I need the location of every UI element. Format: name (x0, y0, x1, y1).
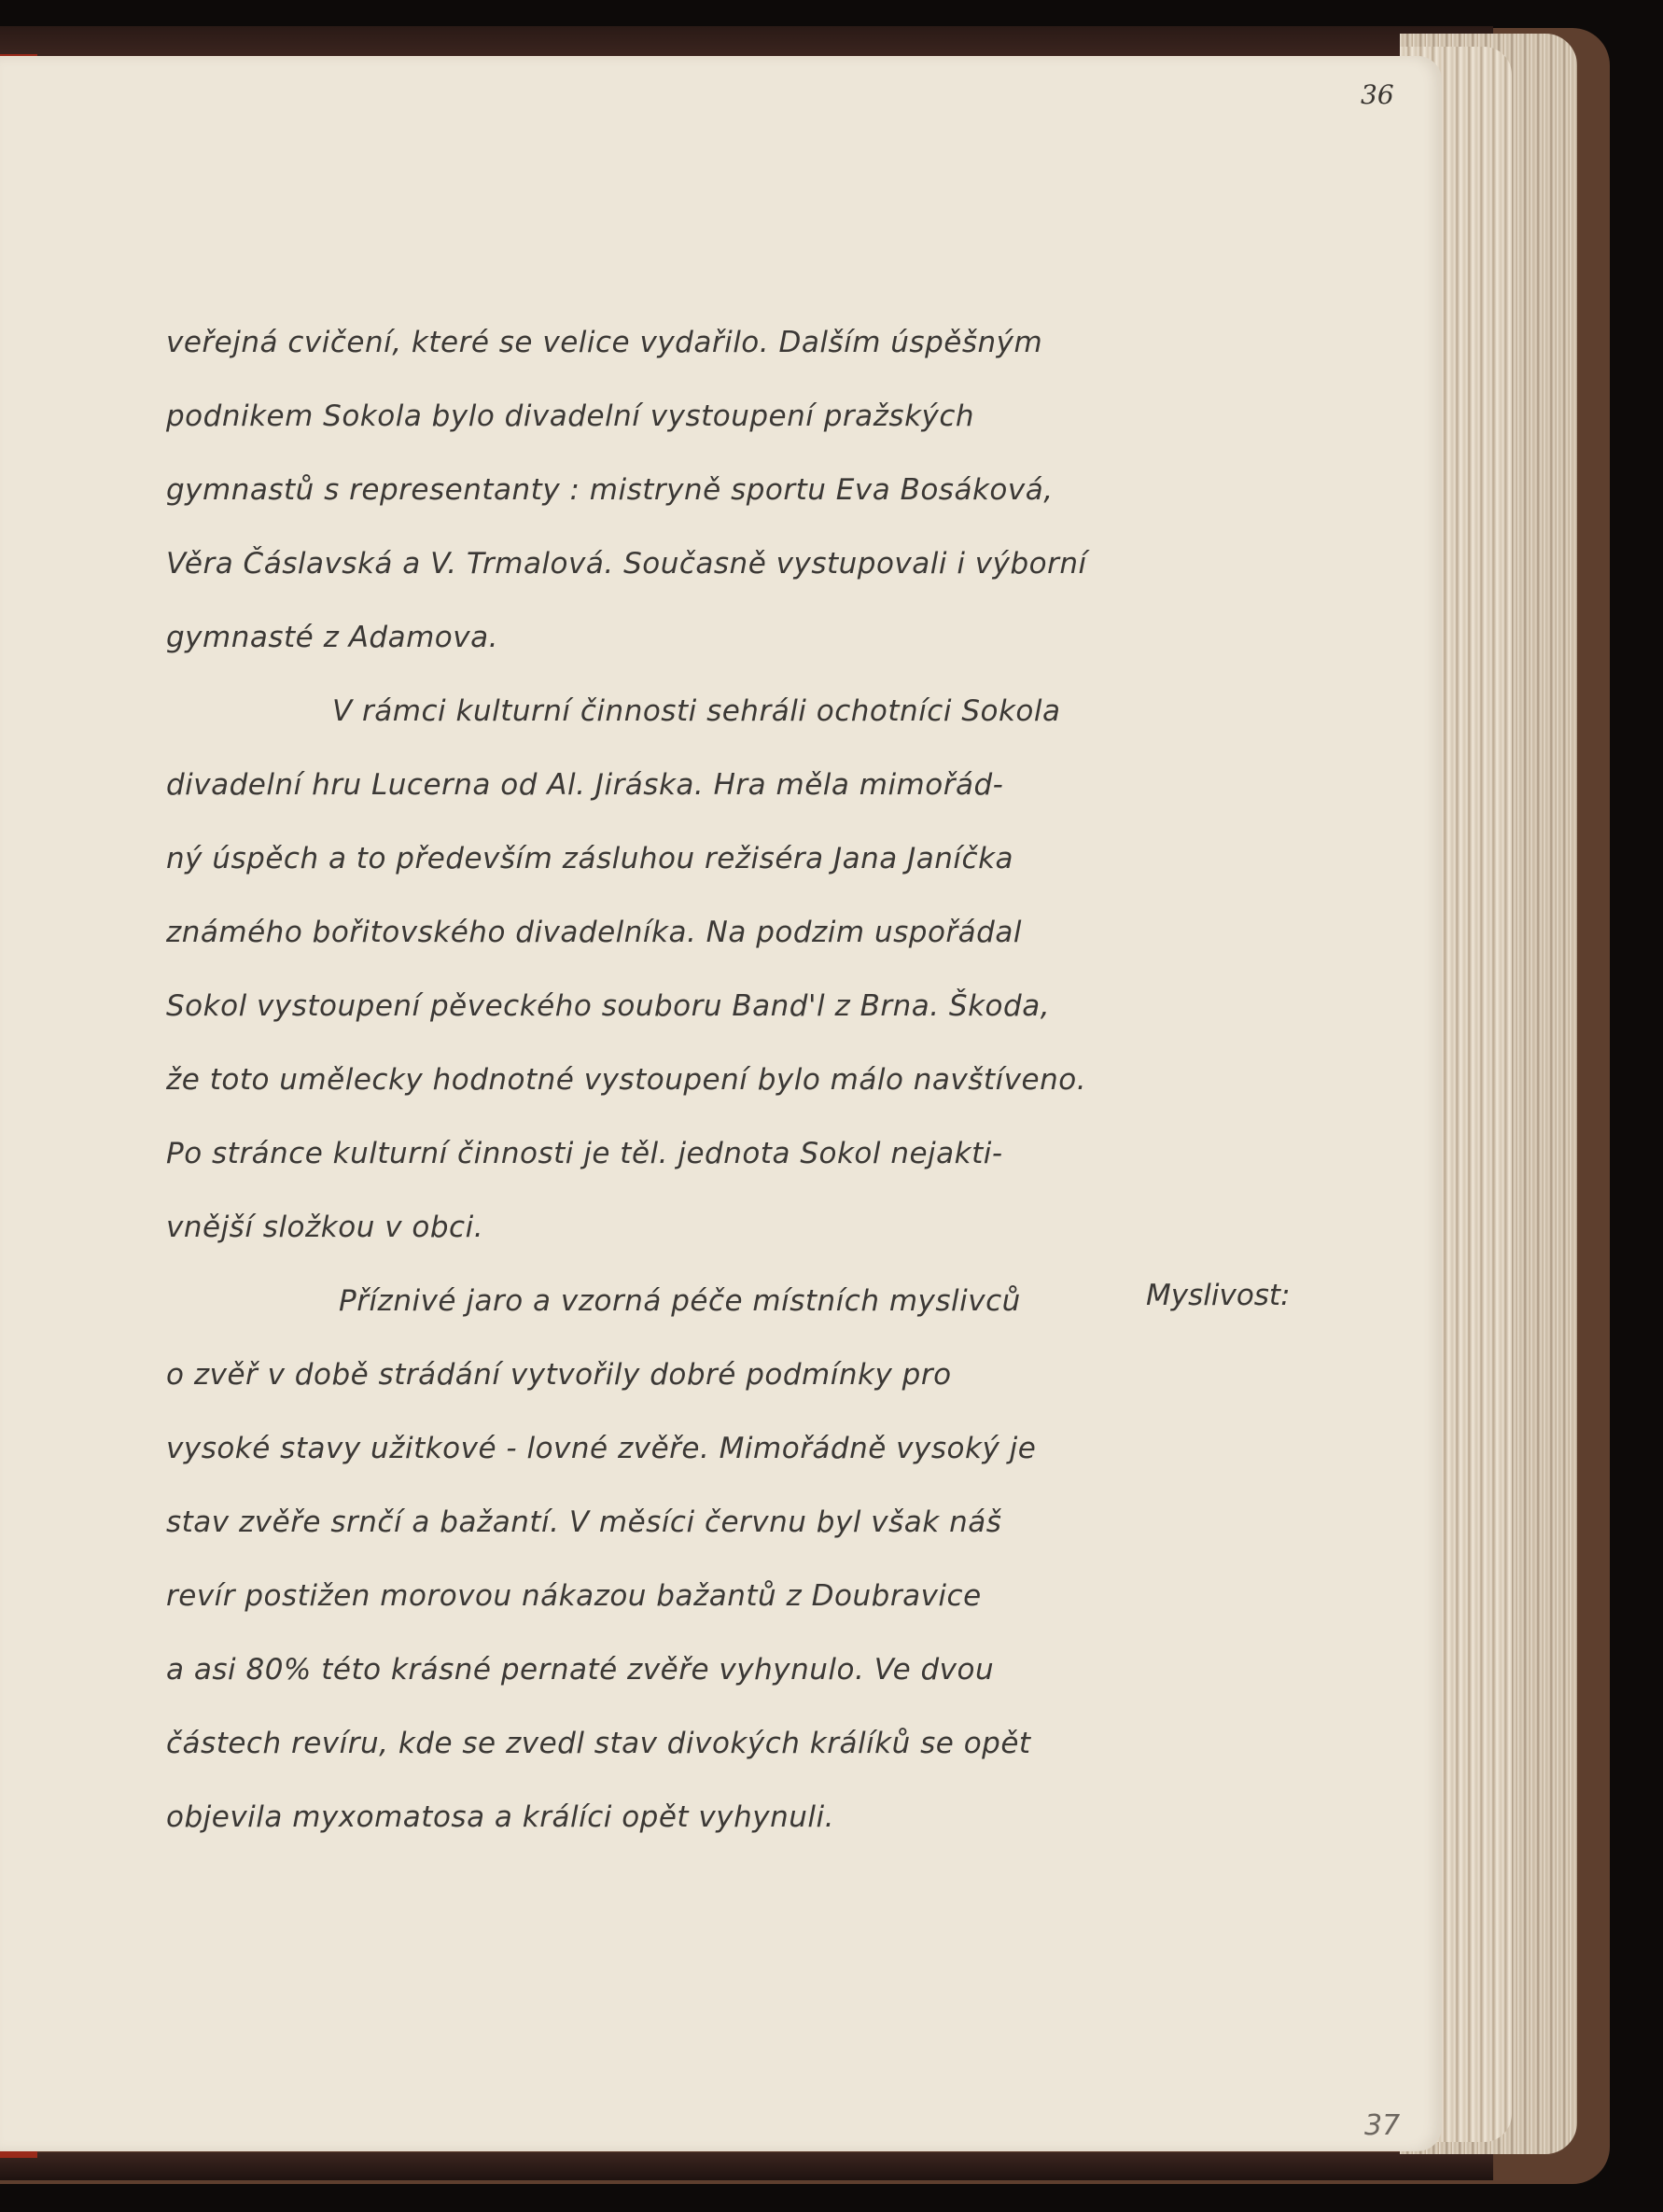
page-number-bottom: 37 (1364, 2109, 1400, 2142)
text-line: částech revíru, kde se zvedl stav divoký… (166, 1707, 1174, 1781)
text-line: ný úspěch a to především zásluhou režisé… (166, 822, 1174, 896)
text-line: že toto umělecky hodnotné vystoupení byl… (166, 1043, 1174, 1117)
text-line: stav zvěře srnčí a bažantí. V měsíci čer… (166, 1486, 1174, 1560)
margin-heading-myslivost: Myslivost: (1146, 1279, 1291, 1312)
page-number-top: 36 (1361, 79, 1394, 110)
handwritten-text: veřejná cvičení, které se velice vydařil… (166, 306, 1174, 1855)
text-line: o zvěř v době strádání vytvořily dobré p… (166, 1338, 1174, 1412)
text-line: gymnasté z Adamova. (166, 601, 1174, 675)
text-line: veřejná cvičení, které se velice vydařil… (166, 306, 1174, 380)
paragraph-start-line: Příznivé jaro a vzorná péče místních mys… (166, 1265, 1174, 1338)
cover-bottom-edge (0, 2152, 1493, 2180)
text-line: objevila myxomatosa a králíci opět vyhyn… (166, 1781, 1174, 1855)
text-line: podnikem Sokola bylo divadelní vystoupen… (166, 380, 1174, 454)
text-line: Sokol vystoupení pěveckého souboru Band'… (166, 970, 1174, 1043)
text-line: známého bořitovského divadelníka. Na pod… (166, 896, 1174, 970)
text-line: gymnastů s representanty : mistryně spor… (166, 454, 1174, 527)
text-line: Věra Čáslavská a V. Trmalová. Současně v… (166, 527, 1174, 601)
cover-top-edge (0, 26, 1493, 60)
text-line: vnější složkou v obci. (166, 1191, 1174, 1265)
text-line: divadelní hru Lucerna od Al. Jiráska. Hr… (166, 749, 1174, 822)
text-line: vysoké stavy užitkové - lovné zvěře. Mim… (166, 1412, 1174, 1486)
text-line: revír postižen morovou nákazou bažantů z… (166, 1560, 1174, 1633)
paragraph-start-line: V rámci kulturní činnosti sehráli ochotn… (166, 675, 1174, 749)
text-line: a asi 80% této krásné pernaté zvěře vyhy… (166, 1633, 1174, 1707)
text-line: Po stránce kulturní činnosti je těl. jed… (166, 1117, 1174, 1191)
